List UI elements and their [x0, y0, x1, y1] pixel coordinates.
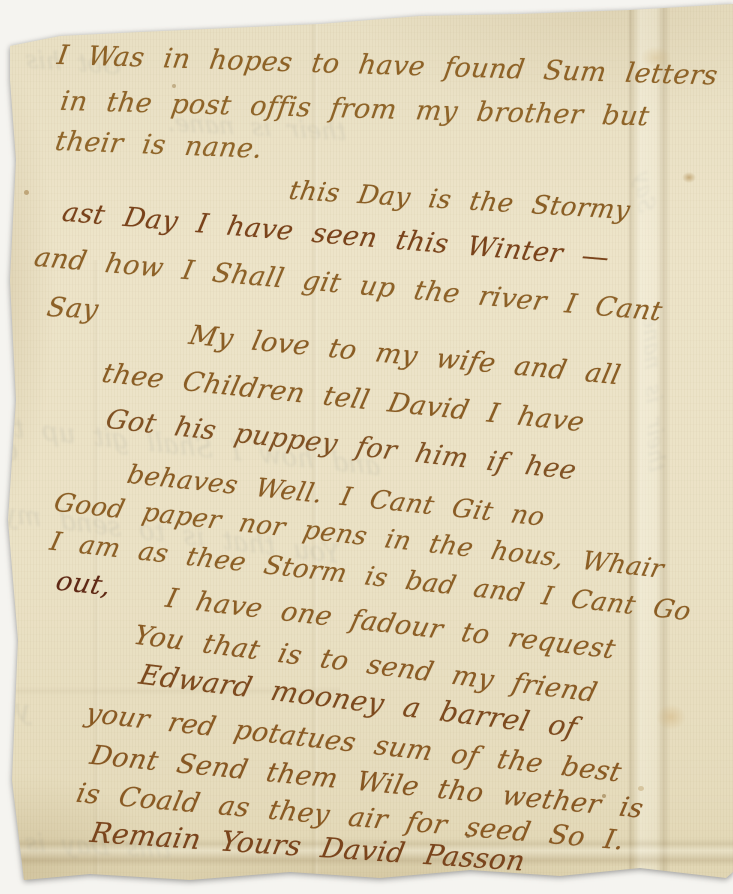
- letter-line-6: Say: [45, 292, 101, 325]
- letter-paper: My love to my wife and allthee Children …: [0, 0, 733, 894]
- letter-line-0: I Was in hopes to have found Sum letters: [55, 40, 720, 92]
- letter-line-3: this Day is the Stormy: [287, 176, 633, 226]
- handwriting-layer: I Was in hopes to have found Sum letters…: [0, 0, 733, 894]
- paper-shadow: My love to my wife and allthee Children …: [0, 0, 733, 894]
- letter-line-2: their is nane.: [53, 126, 265, 165]
- letter-line-1: in the post offis from my brother but: [58, 86, 651, 132]
- bleed-through-line-0: My love to my wife and all: [0, 183, 7, 256]
- scan-background: My love to my wife and allthee Children …: [0, 0, 733, 894]
- stain: [6, 637, 13, 644]
- letter-line-13: out,: [53, 566, 114, 602]
